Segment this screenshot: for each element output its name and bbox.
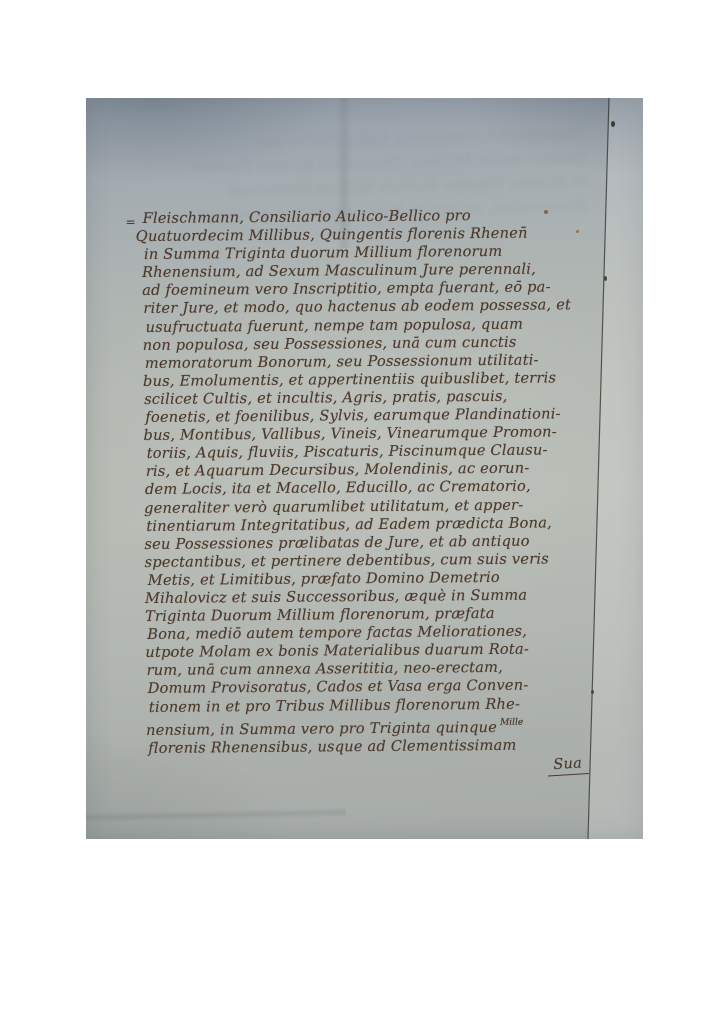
interlinear-insertion: Mille <box>500 717 523 727</box>
scanned-document-page: Fleischmann, Consiliario Aulico-Bellico … <box>0 0 724 1024</box>
catchword: Sua <box>146 755 604 779</box>
manuscript-photo: Fleischmann, Consiliario Aulico-Bellico … <box>86 98 643 839</box>
manuscript-lines: Fleischmann, Consiliario Aulico-Bellico … <box>142 206 605 758</box>
margin-mark: = <box>126 213 136 231</box>
thread-speck <box>604 276 607 281</box>
thread-speck <box>611 121 615 127</box>
manuscript-text-block: = Fleischmann, Consiliario Aulico-Bellic… <box>142 206 605 779</box>
catchword-text: Sua <box>547 754 589 777</box>
